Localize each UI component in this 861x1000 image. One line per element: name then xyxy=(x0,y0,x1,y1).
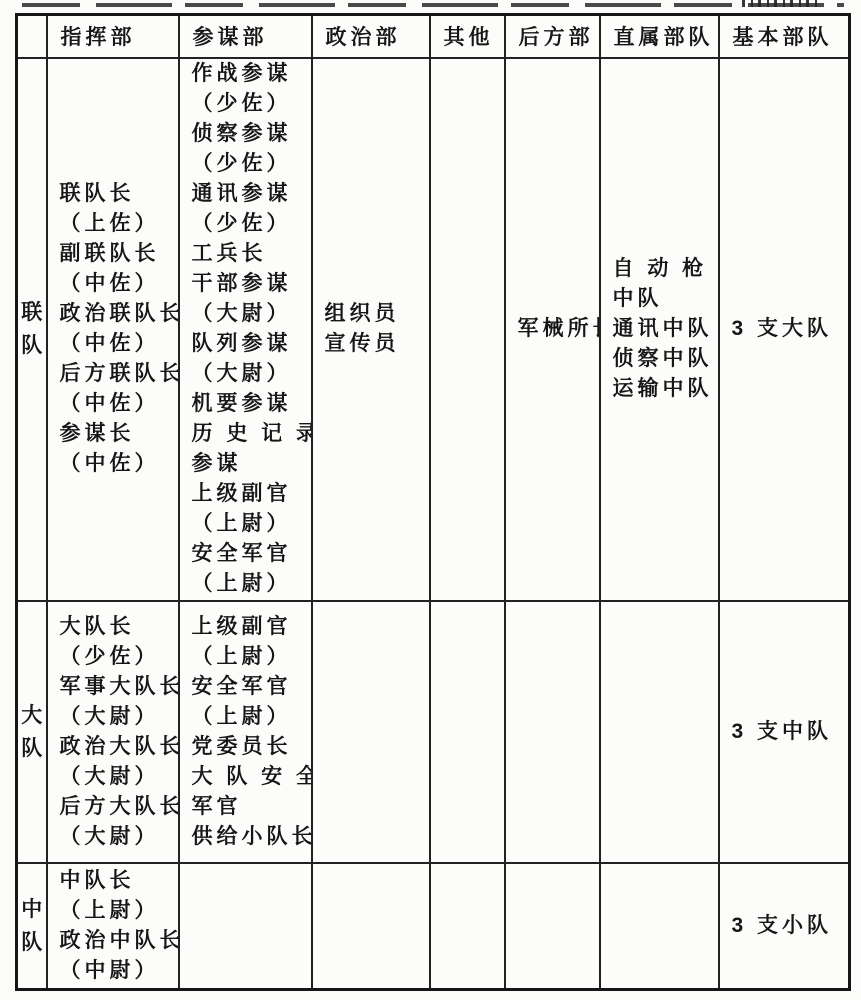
table-row-company: 中队 中队长（上尉）政治中队长（中尉） 3 支小队 xyxy=(17,863,850,990)
cell-company-logistics xyxy=(505,863,600,990)
cell-company-staff xyxy=(179,863,312,990)
cell-regiment-basic-units: 3 支大队 xyxy=(719,58,850,601)
cell-regiment-other xyxy=(430,58,505,601)
cropped-text-fragment xyxy=(742,0,820,7)
header-row: 指挥部 参谋部 政治部 其他 后方部 直属部队 基本部队 xyxy=(17,15,850,58)
header-command-dept: 指挥部 xyxy=(47,15,179,58)
cell-regiment-command: 联队长（上佐）副联队长（中佐）政治联队长（中佐）后方联队长（中佐）参谋长（中佐） xyxy=(47,58,179,601)
cell-company-basic-units: 3 支小队 xyxy=(719,863,850,990)
cell-company-direct-units xyxy=(600,863,719,990)
cell-company-command: 中队长（上尉）政治中队长（中尉） xyxy=(47,863,179,990)
cell-battalion-direct-units xyxy=(600,601,719,863)
scanned-document-page: 指挥部 参谋部 政治部 其他 后方部 直属部队 基本部队 联队 联队长（上佐）副… xyxy=(0,0,861,1000)
header-basic-units: 基本部队 xyxy=(719,15,850,58)
table-row-battalion: 大队 大队长（少佐）军事大队长（大尉）政治大队长（大尉）后方大队长（大尉） 上级… xyxy=(17,601,850,863)
cell-company-political xyxy=(312,863,430,990)
cell-battalion-other xyxy=(430,601,505,863)
header-staff-dept: 参谋部 xyxy=(179,15,312,58)
header-logistics-dept: 后方部 xyxy=(505,15,600,58)
row-label-battalion: 大队 xyxy=(17,601,47,863)
header-direct-units: 直属部队 xyxy=(600,15,719,58)
row-label-regiment: 联队 xyxy=(17,58,47,601)
cell-battalion-command: 大队长（少佐）军事大队长（大尉）政治大队长（大尉）后方大队长（大尉） xyxy=(47,601,179,863)
cell-battalion-staff: 上级副官（上尉）安全军官（上尉）党委员长大 队 安 全军官供给小队长 xyxy=(179,601,312,863)
cell-battalion-basic-units: 3 支中队 xyxy=(719,601,850,863)
cropped-print-artifact xyxy=(22,3,844,7)
cell-battalion-political xyxy=(312,601,430,863)
header-other: 其他 xyxy=(430,15,505,58)
cell-battalion-logistics xyxy=(505,601,600,863)
row-label-company: 中队 xyxy=(17,863,47,990)
table-row-regiment: 联队 联队长（上佐）副联队长（中佐）政治联队长（中佐）后方联队长（中佐）参谋长（… xyxy=(17,58,850,601)
cell-regiment-political: 组织员宣传员 xyxy=(312,58,430,601)
cell-regiment-logistics: 军械所长 xyxy=(505,58,600,601)
cell-regiment-staff: 作战参谋（少佐）侦察参谋（少佐）通讯参谋（少佐）工兵长干部参谋（大尉）队列参谋（… xyxy=(179,58,312,601)
header-political-dept: 政治部 xyxy=(312,15,430,58)
cell-company-other xyxy=(430,863,505,990)
corner-cell xyxy=(17,15,47,58)
cell-regiment-direct-units: 自 动 枪中队通讯中队侦察中队运输中队 xyxy=(600,58,719,601)
org-structure-table: 指挥部 参谋部 政治部 其他 后方部 直属部队 基本部队 联队 联队长（上佐）副… xyxy=(15,13,851,991)
